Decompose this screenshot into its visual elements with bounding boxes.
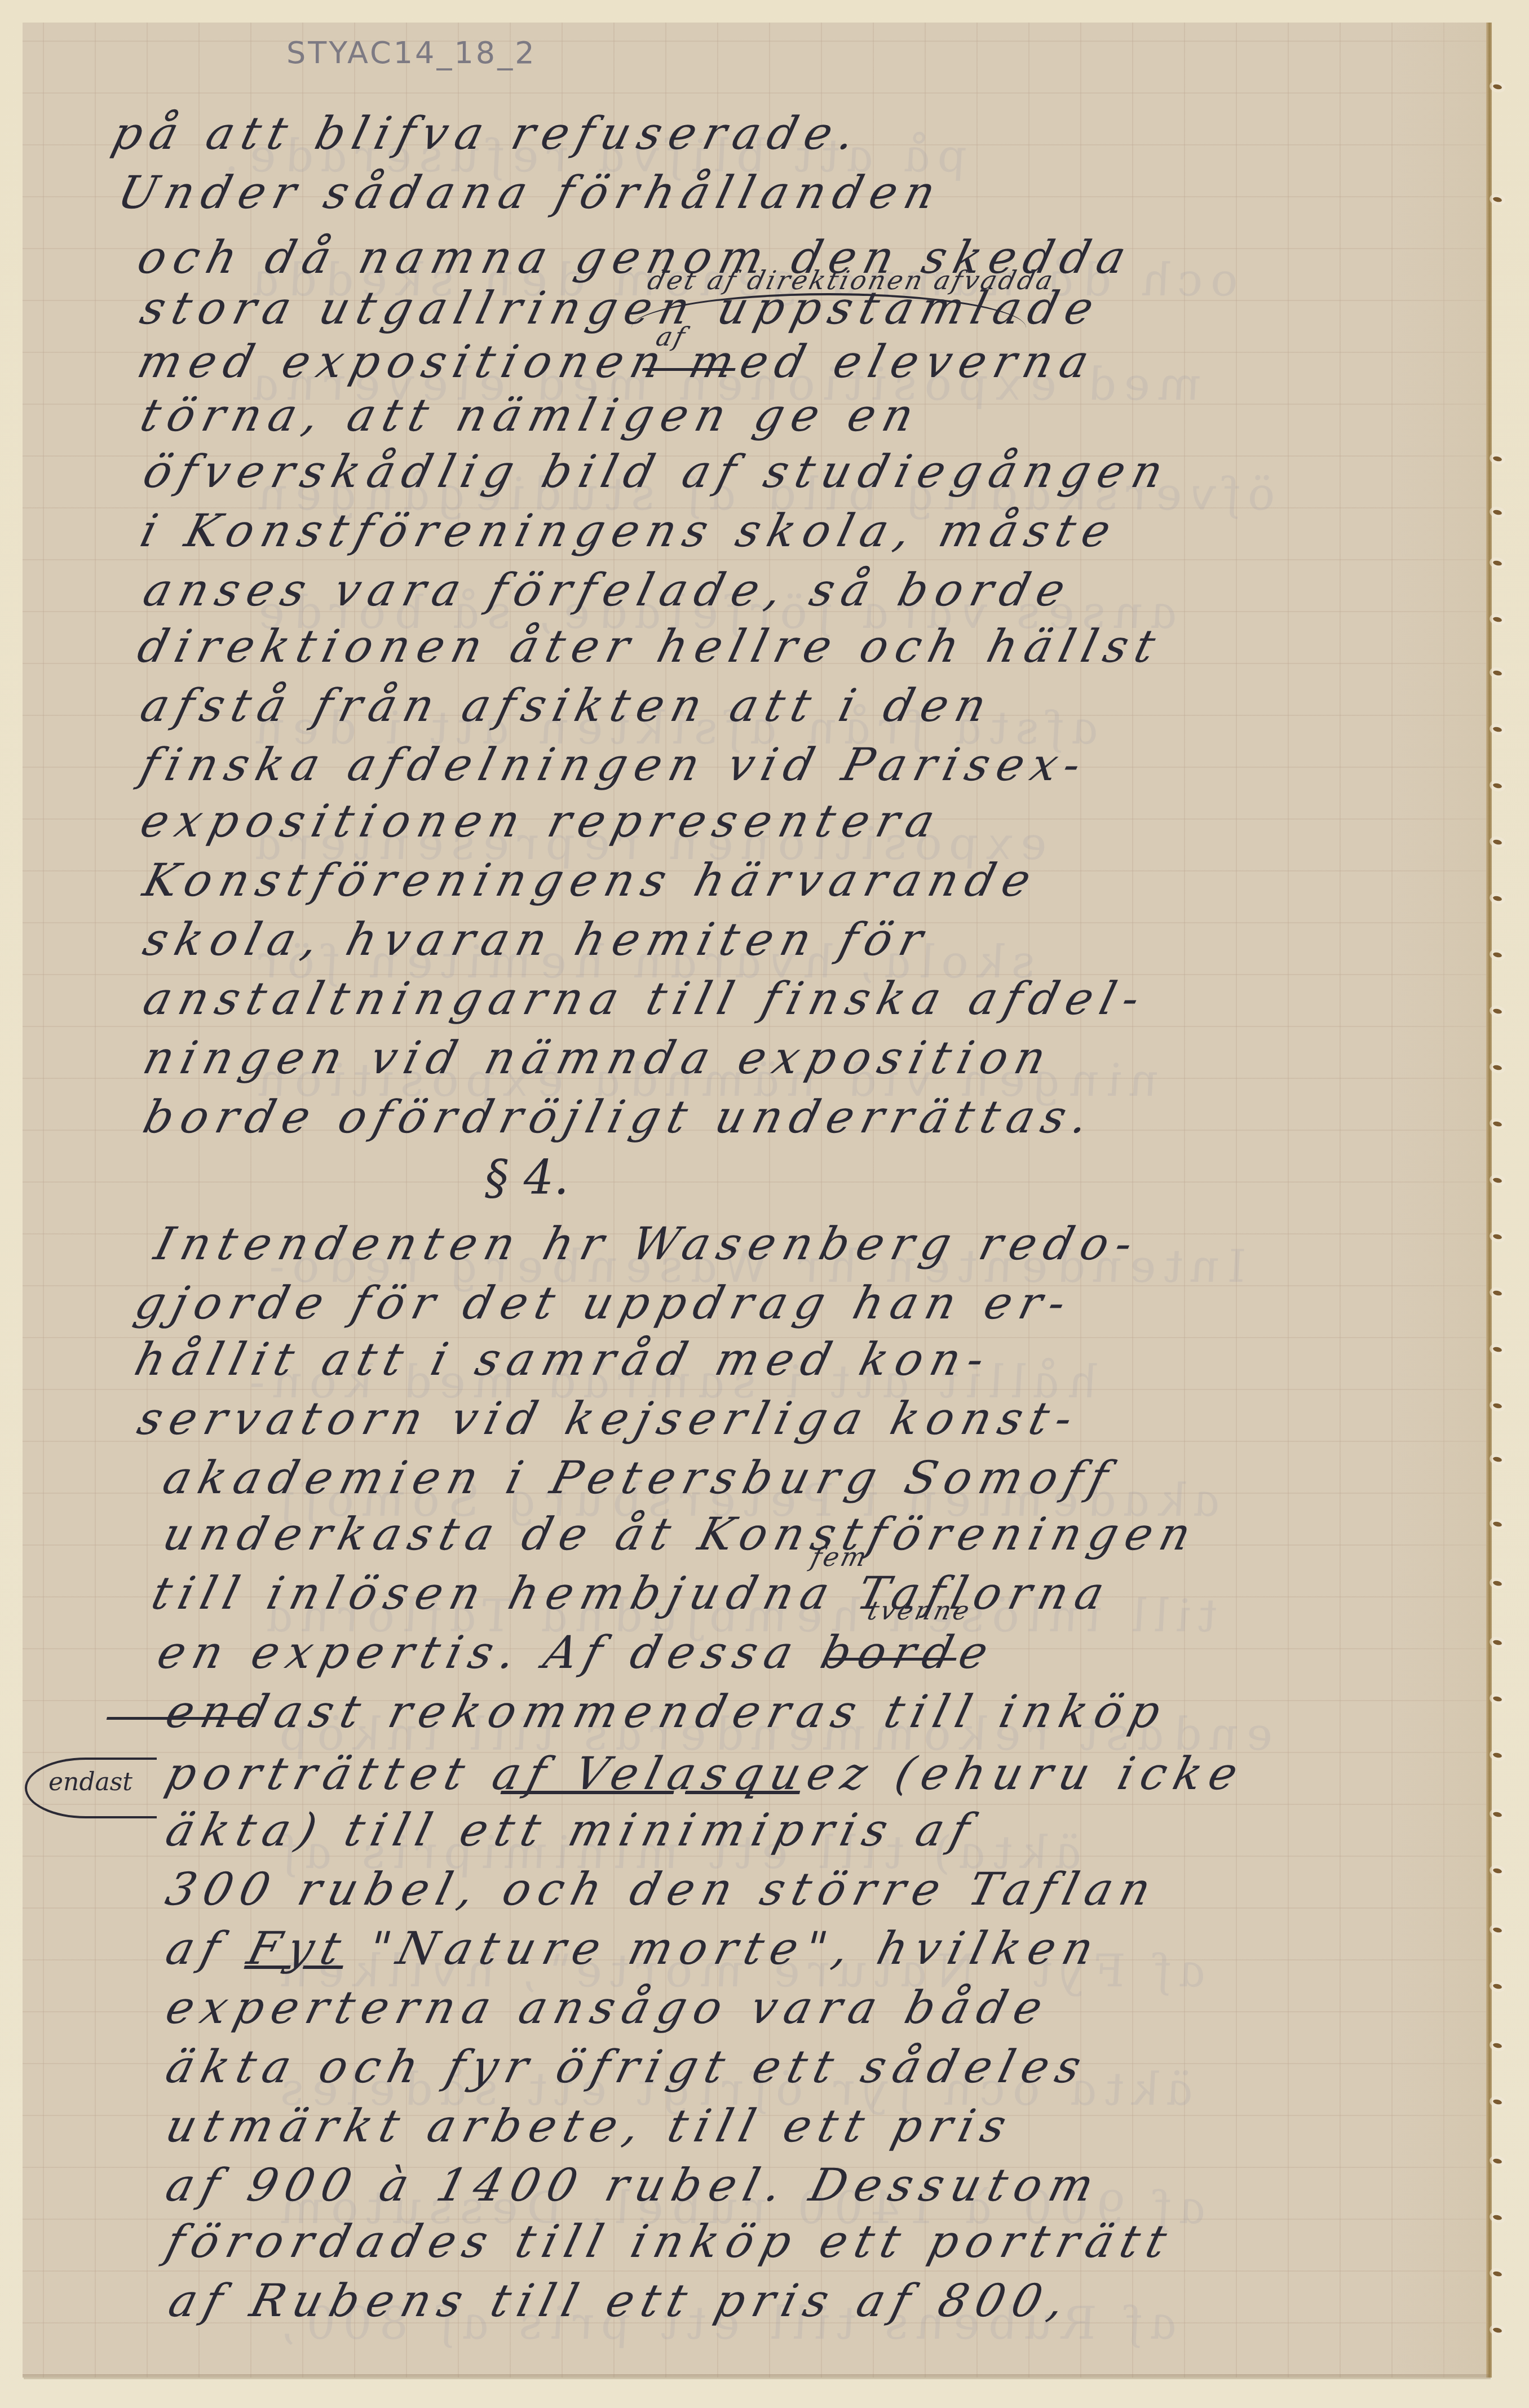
manuscript-line: ningen vid nämnda exposition	[138, 1032, 1059, 1084]
archive-id-label: STYAC14_18_2	[286, 35, 537, 70]
page-bottom-shadow	[23, 2374, 1490, 2378]
manuscript-line: öfverskådlig bild af studiegången	[138, 445, 1176, 498]
manuscript-line: äkta) till ett minimipris af	[161, 1804, 983, 1856]
manuscript-line: törna, att nämligen ge en	[135, 389, 927, 441]
section-heading: § 4.	[485, 1150, 569, 1205]
manuscript-line: akademien i Petersburg Somoff	[158, 1451, 1121, 1504]
manuscript-line: experterna ansågo vara både	[161, 1981, 1055, 2034]
page-binding-edge	[1486, 23, 1492, 2378]
manuscript-line: utmärkt arbete, till ett pris	[161, 2100, 1019, 2152]
page-edge-shading	[1396, 23, 1486, 2378]
manuscript-line: finska afdelningen vid Parisex-	[135, 738, 1094, 791]
manuscript-line: af 900 à 1400 rubel. Dessutom	[161, 2159, 1107, 2211]
manuscript-line: till inlösen hembjudna Taflorna	[147, 1567, 1117, 1619]
manuscript-line: Konstföreningens härvarande	[138, 854, 1044, 906]
margin-annotation: endast	[25, 1758, 157, 1818]
struck-word: med	[637, 345, 741, 391]
manuscript-line: 300 rubel, och den större Taflan	[161, 1863, 1164, 1915]
manuscript-line: Intendenten hr Wasenberg redo-	[149, 1218, 1146, 1270]
manuscript-line: gjorde för det uppdrag han er-	[130, 1277, 1079, 1329]
interlinear-insert: fem	[808, 1542, 872, 1572]
manuscript-line: hållit att i samråd med kon-	[130, 1333, 997, 1386]
manuscript-line: direktionen åter hellre och hällst	[132, 620, 1168, 672]
manuscript-line: anses vara förfelade, så borde	[138, 564, 1079, 616]
manuscript-line: endast rekommenderas till inköp	[161, 1685, 1174, 1738]
manuscript-line: i Konstföreningens skola, måste	[135, 504, 1124, 557]
manuscript-line: borde ofördröjligt underrättas.	[138, 1091, 1102, 1143]
manuscript-line: anstaltningarna till finska afdel-	[138, 972, 1153, 1025]
manuscript-line: af Rubens till ett pris af 800,	[163, 2274, 1078, 2327]
manuscript-line: äkta och fyr öfrigt ett sådeles	[161, 2040, 1094, 2093]
manuscript-line: expositionen representera	[135, 795, 948, 847]
interlinear-insert: tvenne	[864, 1595, 975, 1626]
struck-word: endast	[101, 1694, 260, 1740]
underlined-word: Velasquez	[499, 1747, 811, 1800]
manuscript-line: Under sådana förhållanden	[113, 166, 948, 219]
manuscript-line: servatorn vid kejserliga konst-	[132, 1392, 1086, 1445]
manuscript-line: med expositionen med eleverna	[132, 335, 1102, 388]
margin-annotation-text: endast	[48, 1768, 132, 1796]
interlinear-insert: det af direktionen afvadda	[644, 265, 1058, 295]
struck-word: borde	[823, 1635, 962, 1681]
manuscript-line: på att blifva refuserade.	[107, 107, 868, 160]
underlined-word: Fyt	[242, 1922, 354, 1975]
manuscript-line: underkasta de åt Konstföreningen	[158, 1508, 1204, 1560]
manuscript-line: skola, hvaran hemiten för	[138, 913, 936, 966]
manuscript-line: förordades till inköp ett porträtt	[161, 2215, 1179, 2268]
manuscript-line: afstå från afsikten att i den	[135, 679, 1000, 732]
